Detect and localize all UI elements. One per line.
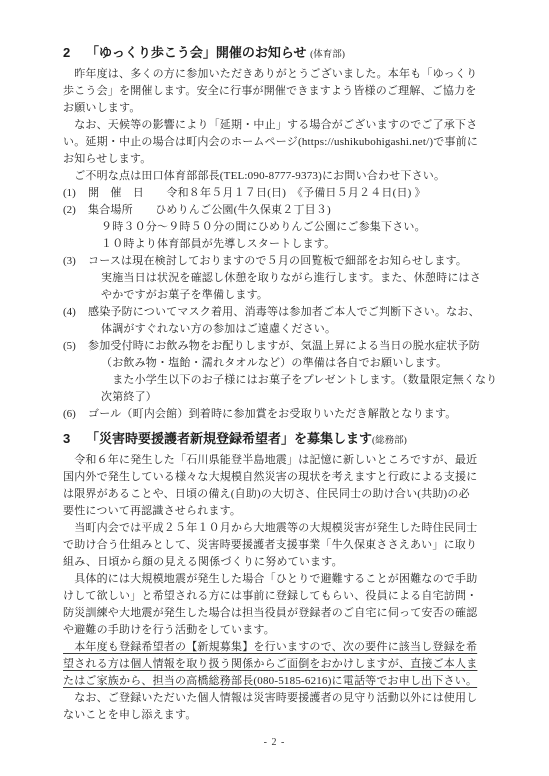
section3-heading: 3「災害時要援護者新規登録希望者」を募集します(総務部): [63, 430, 491, 450]
section2-title: 「ゆっくり歩こう会」開催のお知らせ: [86, 45, 306, 60]
text-line: 感染予防についてマスク着用、消毒等は参加者ご本人でご判断下さい。なお、: [88, 304, 491, 321]
text-line: ないことを申し添えます。: [63, 707, 491, 724]
section3-title: 「災害時要援護者新規登録希望者」を募集します: [86, 431, 372, 446]
paragraph-underlined: 本年度も登録希望者の【新規募集】を行いますので、次の要件に該当し登録を希 望され…: [63, 639, 491, 690]
section3-dept: (総務部): [372, 436, 407, 446]
text-line: 開 催 日 令和８年５月１７日(日) 《予備日５月２４日(日) 》: [88, 185, 491, 202]
section-disaster-registration: 3「災害時要援護者新規登録希望者」を募集します(総務部) 令和６年に発生した「石…: [63, 430, 491, 724]
list-item: (3) コースは現在検討しておりますので５月の回覧板で細部をお知らせします。 実…: [63, 253, 491, 304]
list-item-text: 感染予防についてマスク着用、消毒等は参加者ご本人でご判断下さい。なお、 体調がす…: [88, 304, 491, 338]
paragraph: 当町内会では平成２５年１０月から大地震等の大規模災害が発生した時住民同士 で助け…: [63, 520, 491, 571]
paragraph: なお、ご登録いただいた個人情報は災害時要援護者の見守り活動以外には使用し ないこ…: [63, 690, 491, 724]
text-line: お知らせします。: [63, 151, 491, 168]
text-line: 具体的には大規模地震が発生した場合「ひとりで避難することが困難なので手助: [63, 571, 491, 588]
text-line: 実施当日は状況を確認し休憩を取りながら進行します。また、休憩時にはさ: [88, 270, 491, 287]
text-line: けして欲しい」と希望される方には事前に登録してもらい、役員による自宅訪問・: [63, 588, 491, 605]
text-line: １０時より体育部員が先導しスタートします。: [88, 236, 491, 253]
text-line: なお、天候等の影響により「延期・中止」する場合がございますのでご了承下さ: [63, 117, 491, 134]
text-line: 令和６年に発生した「石川県能登半島地震」は記憶に新しいところですが、最近: [63, 452, 491, 469]
text-line: 次第終了）: [88, 389, 497, 406]
list-marker: (2): [63, 202, 88, 219]
text-line: 本年度も登録希望者の【新規募集】を行いますので、次の要件に該当し登録を希: [63, 639, 491, 656]
text-line: ゴール（町内会館）到着時に参加賞をお受取りいただき解散となります。: [88, 406, 491, 423]
text-line: 防災訓練や大地震が発生した場合は担当役員が登録者のご自宅に伺って安否の確認: [63, 605, 491, 622]
list-item-text: 集合場所 ひめりんご公園(牛久保東２丁目３) ９時３０分～９時５０分の間にひめり…: [88, 202, 491, 253]
document-page: 2「ゆっくり歩こう会」開催のお知らせ (体育部) 昨年度は、多くの方に参加いただ…: [0, 0, 549, 776]
list-item-text: コースは現在検討しておりますので５月の回覧板で細部をお知らせします。 実施当日は…: [88, 253, 491, 304]
list-item: (2) 集合場所 ひめりんご公園(牛久保東２丁目３) ９時３０分～９時５０分の間…: [63, 202, 491, 253]
text-line: たはご家族から、担当の高橋総務部長(080-5185-6216)に電話等でお申し…: [63, 673, 491, 690]
text-line: また小学生以下のお子様にはお菓子をプレゼントします。（数量限定無くなり: [88, 372, 497, 389]
section3-number: 3: [63, 430, 86, 447]
text-line: なお、ご登録いただいた個人情報は災害時要援護者の見守り活動以外には使用し: [63, 690, 491, 707]
section2-dept: (体育部): [310, 50, 345, 60]
section2-numbered-list: (1) 開 催 日 令和８年５月１７日(日) 《予備日５月２４日(日) 》 (2…: [63, 185, 491, 423]
text-line: 昨年度は、多くの方に参加いただきありがとうございました。本年も「ゆっくり: [63, 66, 491, 83]
text-line: 要性について再認識させられます。: [63, 503, 491, 520]
list-item: (5) 参加受付時にお飲み物をお配りしますが、気温上昇による当日の脱水症状予防 …: [63, 338, 491, 406]
text-line: は限界があることや、日頃の備え(自助)の大切さ、住民同士の助け合い(共助)の必: [63, 486, 491, 503]
list-item-text: 参加受付時にお飲み物をお配りしますが、気温上昇による当日の脱水症状予防 （お飲み…: [88, 338, 497, 406]
list-marker: (1): [63, 185, 88, 202]
text-line: ご不明な点は田口体育部部長(TEL:090-8777-9373)にお問い合わせ下…: [63, 168, 491, 185]
list-item-text: ゴール（町内会館）到着時に参加賞をお受取りいただき解散となります。: [88, 406, 491, 423]
list-item: (6) ゴール（町内会館）到着時に参加賞をお受取りいただき解散となります。: [63, 406, 491, 423]
text-line: 集合場所 ひめりんご公園(牛久保東２丁目３): [88, 202, 491, 219]
paragraph: 令和６年に発生した「石川県能登半島地震」は記憶に新しいところですが、最近 国内外…: [63, 452, 491, 520]
text-line: 体調がすぐれない方の参加はご遠慮ください。: [88, 321, 491, 338]
text-line: 国内外で発生している様々な大規模自然災害の現状を考えますと行政による支援に: [63, 469, 491, 486]
text-line: ９時３０分～９時５０分の間にひめりんご公園にご参集下さい。: [88, 219, 491, 236]
text-line: い。延期・中止の場合は町内会のホームページ(https://ushikubohi…: [63, 134, 491, 151]
text-line: お願いします。: [63, 100, 491, 117]
list-marker: (4): [63, 304, 88, 321]
list-item: (1) 開 催 日 令和８年５月１７日(日) 《予備日５月２４日(日) 》: [63, 185, 491, 202]
section2-body: 昨年度は、多くの方に参加いただきありがとうございました。本年も「ゆっくり 歩こう…: [63, 66, 491, 185]
text-line: 歩こう会」を開催します。安全に行事が開催できますよう皆様のご理解、ご協力を: [63, 83, 491, 100]
list-marker: (3): [63, 253, 88, 270]
text-line: コースは現在検討しておりますので５月の回覧板で細部をお知らせします。: [88, 253, 491, 270]
text-line: 参加受付時にお飲み物をお配りしますが、気温上昇による当日の脱水症状予防: [88, 338, 497, 355]
text-line: で助け合う仕組みとして、災害時要援護者支援事業「牛久保東ささえあい」に取り: [63, 537, 491, 554]
list-marker: (6): [63, 406, 88, 423]
section2-heading: 2「ゆっくり歩こう会」開催のお知らせ (体育部): [63, 44, 491, 64]
paragraph: 具体的には大規模地震が発生した場合「ひとりで避難することが困難なので手助 けして…: [63, 571, 491, 639]
list-item-text: 開 催 日 令和８年５月１７日(日) 《予備日５月２４日(日) 》: [88, 185, 491, 202]
text-line: や避難の手助けを行う活動をしています。: [63, 622, 491, 639]
list-item: (4) 感染予防についてマスク着用、消毒等は参加者ご本人でご判断下さい。なお、 …: [63, 304, 491, 338]
list-marker: (5): [63, 338, 88, 355]
text-line: やかですがお菓子を準備します。: [88, 287, 491, 304]
section-walk-event-notice: 2「ゆっくり歩こう会」開催のお知らせ (体育部) 昨年度は、多くの方に参加いただ…: [63, 44, 491, 423]
section2-number: 2: [63, 44, 86, 61]
page-number: - 2 -: [0, 737, 549, 748]
text-line: 当町内会では平成２５年１０月から大地震等の大規模災害が発生した時住民同士: [63, 520, 491, 537]
text-line: （お飲み物・塩飴・濡れタオルなど）の準備は各自でお願いします。: [88, 355, 497, 372]
text-line: 組み、日頃から顔の見える関係づくりに努めています。: [63, 554, 491, 571]
text-line: 望される方は個人情報を取り扱う関係からご面倒をおかけしますが、直接ご本人ま: [63, 656, 491, 673]
